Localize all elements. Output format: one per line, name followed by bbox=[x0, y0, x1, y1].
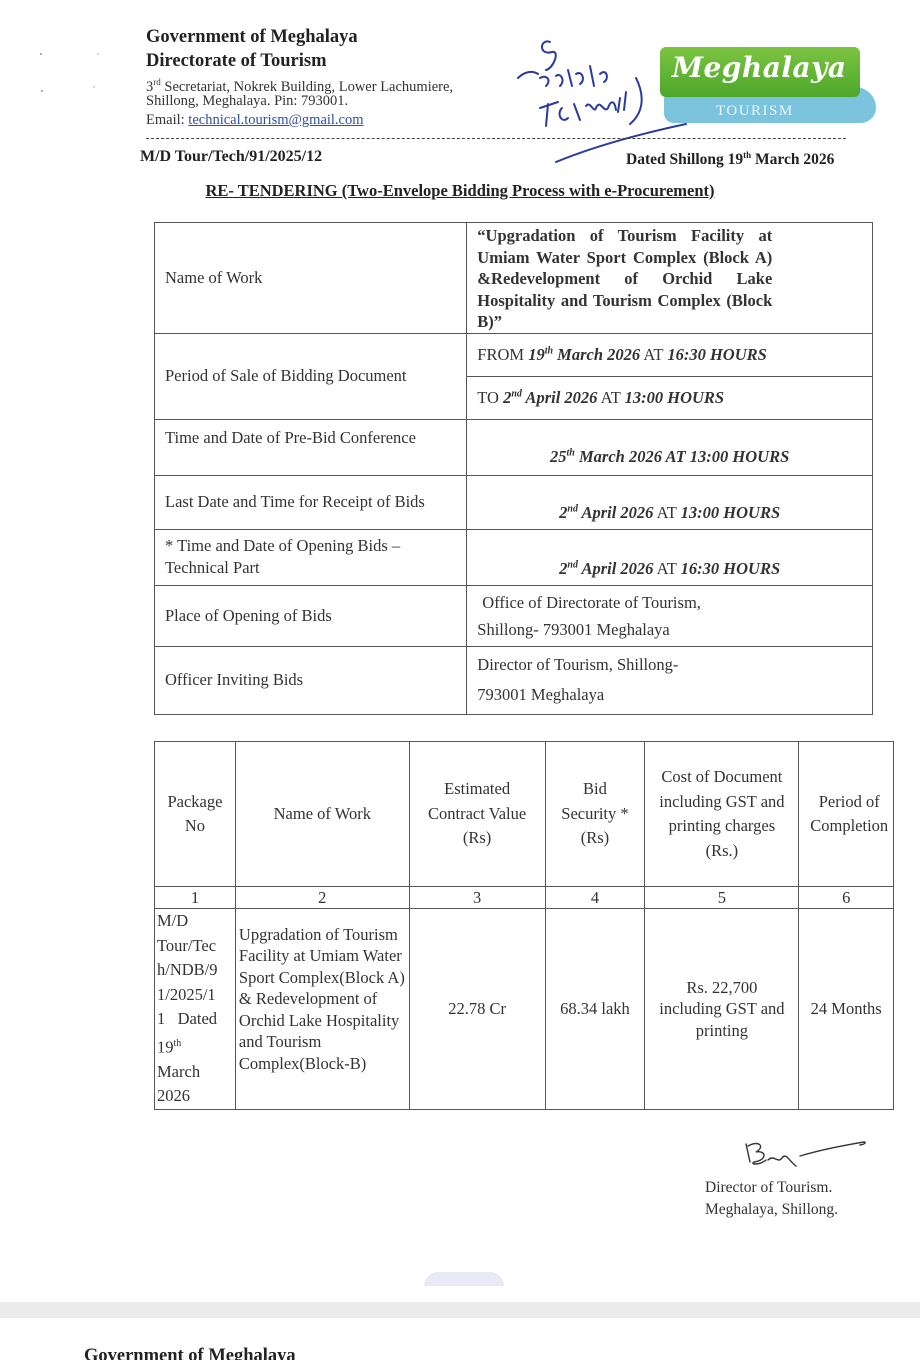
header-email: Email: technical.tourism@gmail.com bbox=[146, 111, 364, 129]
table-row: Period of Sale of Bidding Document FROM … bbox=[155, 333, 873, 376]
table-header-row: Package No Name of Work Estimated Contra… bbox=[155, 742, 894, 887]
scan-speck bbox=[41, 90, 43, 92]
header-organization: Government of Meghalaya bbox=[146, 26, 358, 48]
receipt-value: 2nd April 2026 AT 13:00 HOURS bbox=[467, 475, 873, 529]
name-of-work-value: “Upgradation of Tourism Facility at Umia… bbox=[477, 223, 772, 333]
scan-speck bbox=[40, 53, 42, 55]
table-row: Place of Opening of Bids Office of Direc… bbox=[155, 585, 873, 646]
column-number-row: 1 2 3 4 5 6 bbox=[155, 887, 894, 909]
table-row: Name of Work “Upgradation of Tourism Fac… bbox=[155, 223, 873, 334]
logo-sub-text: TOURISM bbox=[716, 103, 794, 120]
package-name-of-work: Upgradation of Tourism Facility at Umiam… bbox=[235, 909, 409, 1110]
opening-value: 2nd April 2026 AT 16:30 HOURS bbox=[467, 529, 873, 585]
place-value: Office of Directorate of Tourism,Shillon… bbox=[467, 585, 873, 646]
header-directorate: Directorate of Tourism bbox=[146, 50, 327, 72]
email-link[interactable]: technical.tourism@gmail.com bbox=[188, 112, 363, 128]
table-row: Time and Date of Pre-Bid Conference 25th… bbox=[155, 419, 873, 475]
period-of-completion: 24 Months bbox=[799, 909, 894, 1110]
column-header: Estimated Contract Value (Rs) bbox=[409, 742, 545, 887]
dated-line: Dated Shillong 19th March 2026 bbox=[626, 150, 834, 169]
signatory-title-line1: Director of Tourism. bbox=[705, 1179, 832, 1197]
sale-to-value: TO 2nd April 2026 AT 13:00 HOURS bbox=[467, 376, 873, 419]
scan-speck bbox=[97, 53, 99, 55]
prebid-value: 25th March 2026 AT 13:00 HOURS bbox=[467, 419, 873, 475]
handwritten-initials-icon bbox=[510, 28, 700, 168]
officer-label: Officer Inviting Bids bbox=[155, 646, 467, 714]
column-header: Bid Security *(Rs) bbox=[545, 742, 645, 887]
signatory-title-line2: Meghalaya, Shillong. bbox=[705, 1201, 838, 1219]
prebid-label: Time and Date of Pre-Bid Conference bbox=[155, 419, 467, 475]
header-divider bbox=[146, 138, 846, 139]
reference-number: M/D Tour/Tech/91/2025/12 bbox=[140, 148, 322, 166]
column-header: Period of Completion bbox=[799, 742, 894, 887]
officer-value: Director of Tourism, Shillong-793001 Meg… bbox=[467, 646, 873, 714]
page-separator bbox=[0, 1302, 920, 1318]
column-header: Package No bbox=[155, 742, 236, 887]
table-row: * Time and Date of Opening Bids – Techni… bbox=[155, 529, 873, 585]
package-table: Package No Name of Work Estimated Contra… bbox=[154, 741, 894, 1110]
cost-of-document: Rs. 22,700 including GST and printing bbox=[645, 909, 799, 1110]
scan-speck bbox=[93, 86, 95, 88]
sale-from-value: FROM 19th March 2026 AT 16:30 HOURS bbox=[467, 333, 873, 376]
director-signature-icon bbox=[740, 1138, 870, 1174]
tender-details-table: Name of Work “Upgradation of Tourism Fac… bbox=[154, 222, 873, 715]
place-label: Place of Opening of Bids bbox=[155, 585, 467, 646]
table-row: Officer Inviting Bids Director of Touris… bbox=[155, 646, 873, 714]
header-address-line2: Shillong, Meghalaya. Pin: 793001. bbox=[146, 92, 348, 110]
package-number: M/D Tour/Tec h/NDB/9 1/2025/1 1 Dated 19… bbox=[155, 909, 236, 1110]
receipt-label: Last Date and Time for Receipt of Bids bbox=[155, 475, 467, 529]
document-page-2: Government of Meghalaya bbox=[0, 1318, 920, 1360]
estimated-value: 22.78 Cr bbox=[409, 909, 545, 1110]
table-row: Last Date and Time for Receipt of Bids 2… bbox=[155, 475, 873, 529]
document-page-1: Government of Meghalaya Directorate of T… bbox=[0, 0, 920, 1302]
sale-period-label: Period of Sale of Bidding Document bbox=[155, 333, 467, 419]
notice-title: RE- TENDERING (Two-Envelope Bidding Proc… bbox=[0, 181, 920, 201]
stamp-smudge bbox=[424, 1272, 504, 1286]
email-label: Email: bbox=[146, 112, 188, 128]
next-page-organization: Government of Meghalaya bbox=[84, 1346, 296, 1360]
column-header: Cost of Document including GST and print… bbox=[645, 742, 799, 887]
opening-label: * Time and Date of Opening Bids – Techni… bbox=[155, 529, 467, 585]
bid-security: 68.34 lakh bbox=[545, 909, 645, 1110]
column-header: Name of Work bbox=[235, 742, 409, 887]
table-row: M/D Tour/Tec h/NDB/9 1/2025/1 1 Dated 19… bbox=[155, 909, 894, 1110]
name-of-work-label: Name of Work bbox=[155, 223, 467, 334]
